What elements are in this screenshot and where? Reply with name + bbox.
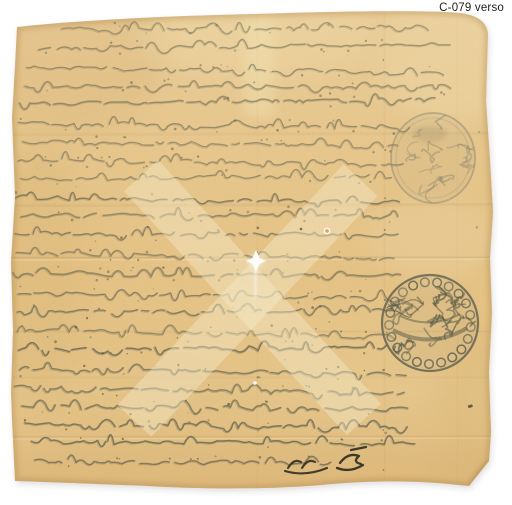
scan-viewport: C-079 verso [0, 0, 512, 505]
catalog-label: C-079 verso [439, 2, 504, 15]
manuscript-scan [0, 0, 512, 505]
paper-grain [8, 8, 498, 494]
